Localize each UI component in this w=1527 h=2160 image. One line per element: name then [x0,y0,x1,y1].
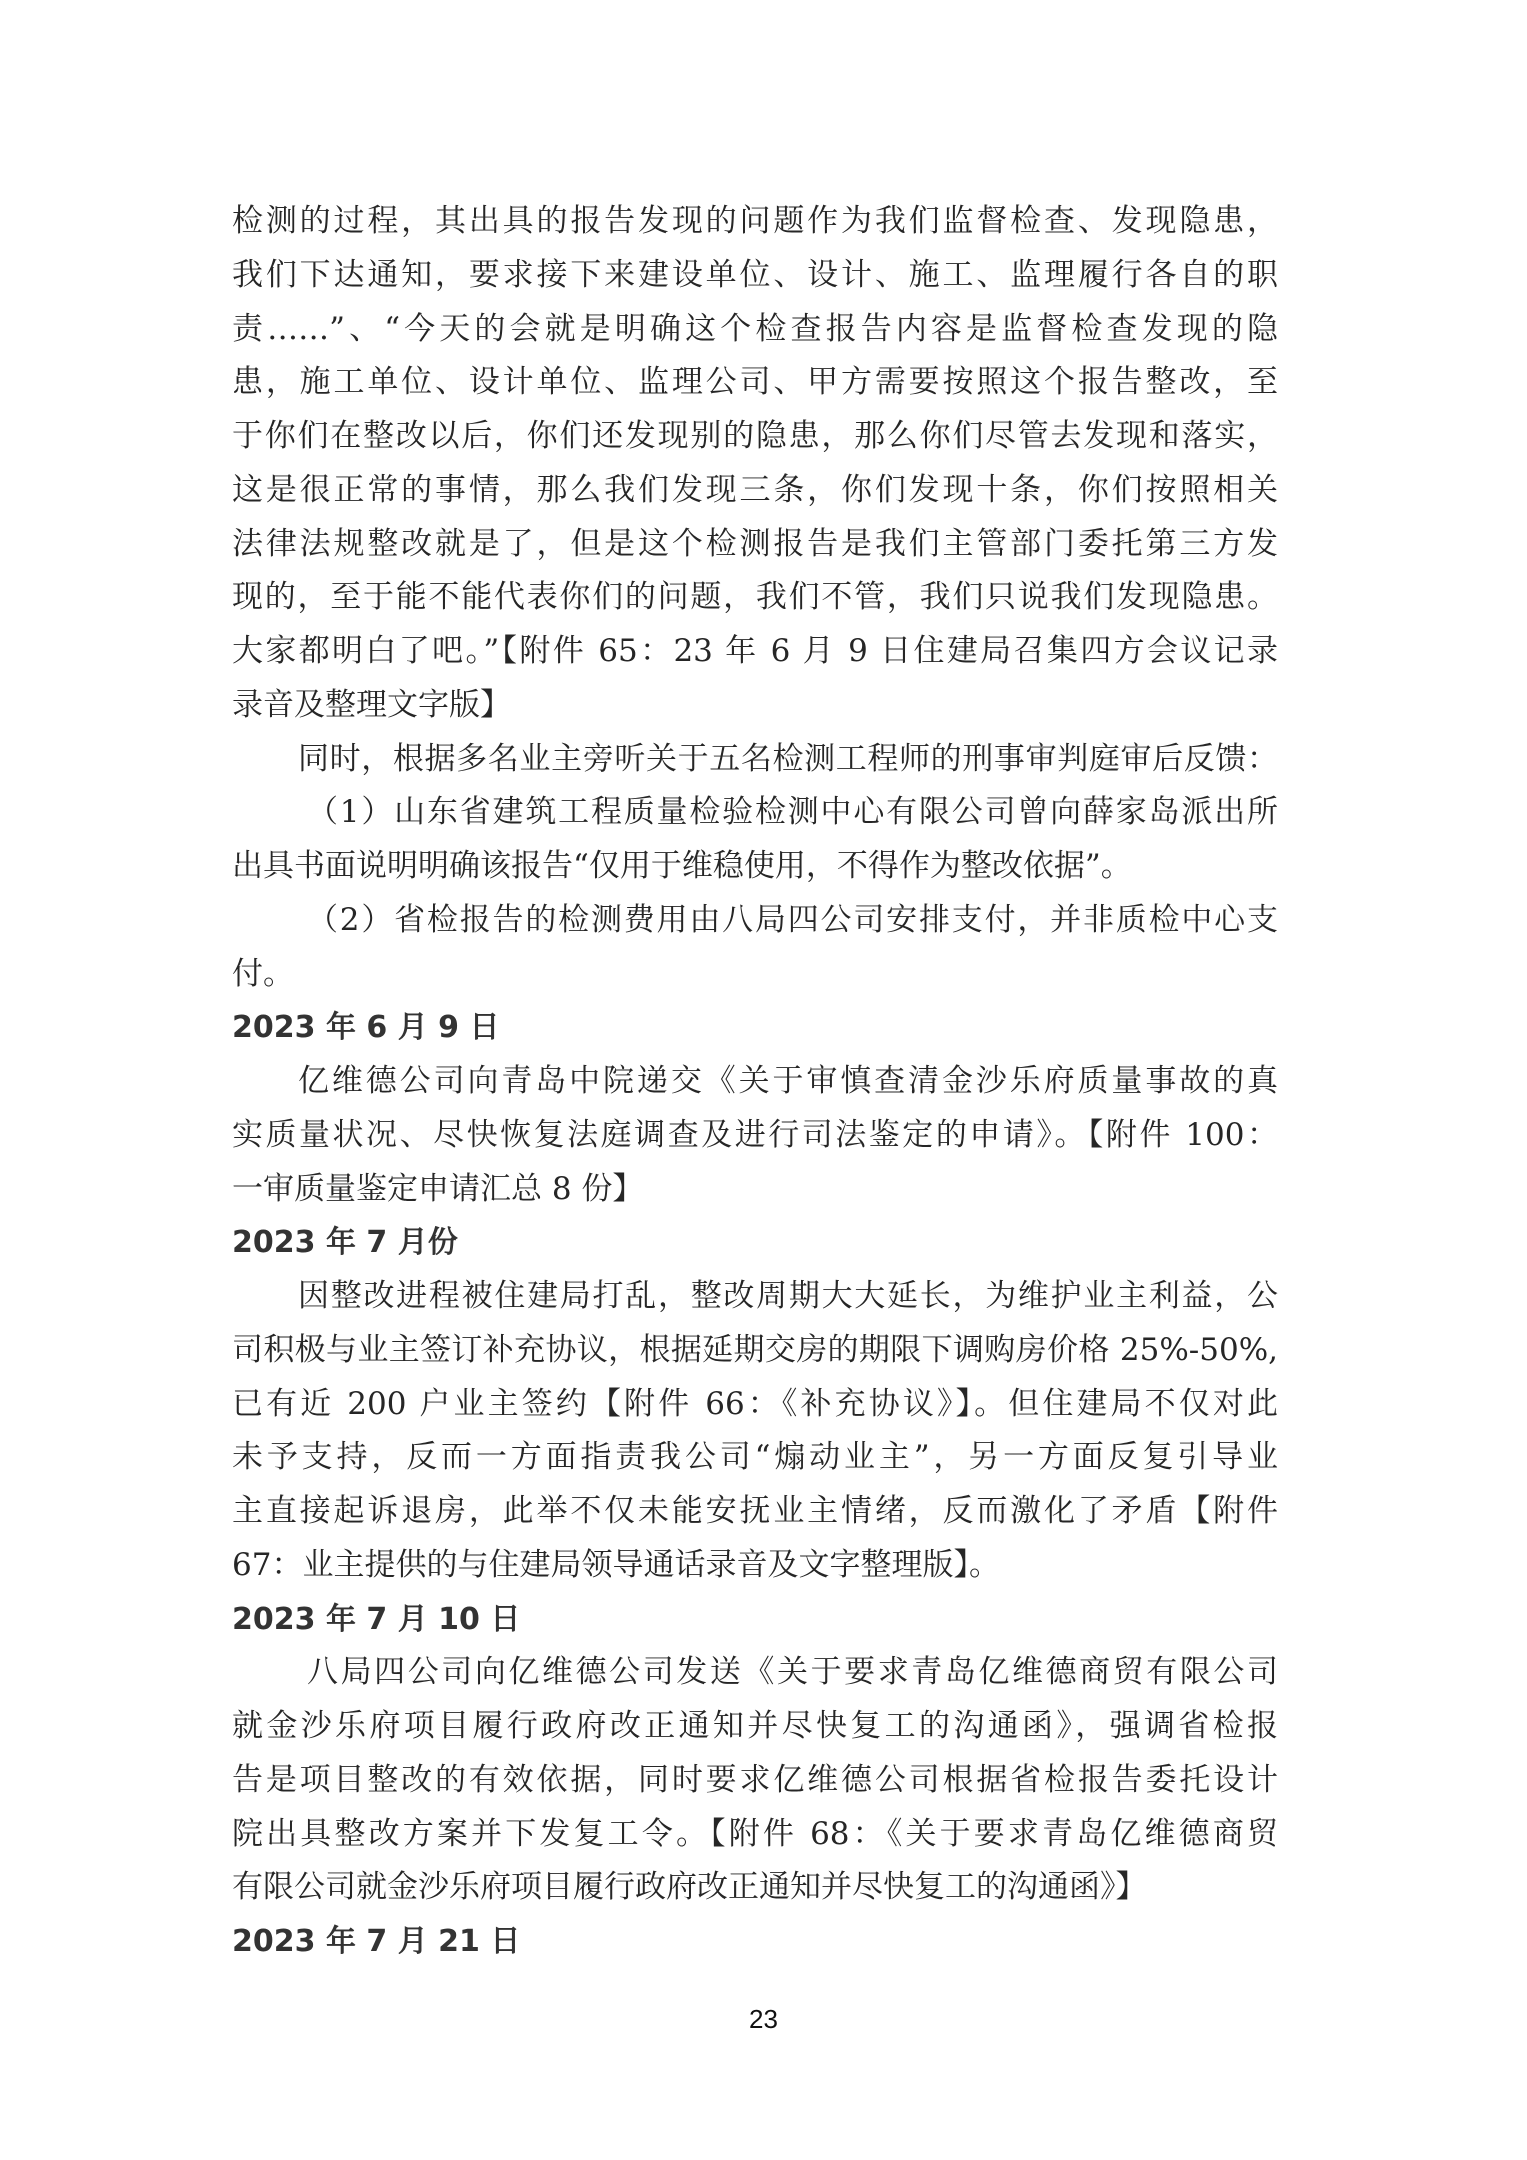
text-line: 告是项目整改的有效依据，同时要求亿维德公司根据省检报告委托设计 [232,1754,1278,1808]
paragraph-start-line: 同时，根据多名业主旁听关于五名检测工程师的刑事审判庭审后反馈： [232,733,1278,787]
list-item-1-line: （1）山东省建筑工程质量检验检测中心有限公司曾向薛家岛派出所 [232,786,1278,840]
text-line: 我们下达通知，要求接下来建设单位、设计、施工、监理履行各自的职 [232,249,1278,303]
paragraph-start-line: 因整改进程被住建局打乱，整改周期大大延长，为维护业主利益，公 [232,1270,1278,1324]
text-line: 已有近 200 户业主签约【附件 66：《补充协议》】。但住建局不仅对此 [232,1378,1278,1432]
text-line: 出具书面说明明确该报告“仅用于维稳使用，不得作为整改依据”。 [232,840,1278,894]
date-heading: 2023 年 6 月 9 日 [232,1001,1278,1055]
text-line: 实质量状况、尽快恢复法庭调查及进行司法鉴定的申请》。【附件 100： [232,1109,1278,1163]
text-line: 责……”、“今天的会就是明确这个检查报告内容是监督检查发现的隐 [232,303,1278,357]
date-heading: 2023 年 7 月 10 日 [232,1593,1278,1647]
text-line: 未予支持，反而一方面指责我公司“煽动业主”，另一方面反复引导业 [232,1431,1278,1485]
date-heading: 2023 年 7 月份 [232,1216,1278,1270]
page-number: 23 [0,2004,1527,2035]
text-line: 付。 [232,948,1278,1002]
text-line: 司积极与业主签订补充协议，根据延期交房的期限下调购房价格 25%-50%, [232,1324,1278,1378]
text-line: 主直接起诉退房，此举不仅未能安抚业主情绪，反而激化了矛盾【附件 [232,1485,1278,1539]
text-line: 录音及整理文字版】 [232,679,1278,733]
text-line: 一审质量鉴定申请汇总 8 份】 [232,1163,1278,1217]
paragraph-start-line: 八局四公司向亿维德公司发送《关于要求青岛亿维德商贸有限公司 [232,1646,1278,1700]
document-page: 检测的过程，其出具的报告发现的问题作为我们监督检查、发现隐患， 我们下达通知，要… [0,0,1527,2160]
text-line: 院出具整改方案并下发复工令。【附件 68：《关于要求青岛亿维德商贸 [232,1808,1278,1862]
text-line: 有限公司就金沙乐府项目履行政府改正通知并尽快复工的沟通函》】 [232,1861,1278,1915]
text-line: 检测的过程，其出具的报告发现的问题作为我们监督检查、发现隐患， [232,195,1278,249]
text-line: 法律法规整改就是了，但是这个检测报告是我们主管部门委托第三方发 [232,518,1278,572]
text-line: 大家都明白了吧。”【附件 65：23 年 6 月 9 日住建局召集四方会议记录 [232,625,1278,679]
text-line: 就金沙乐府项目履行政府改正通知并尽快复工的沟通函》，强调省检报 [232,1700,1278,1754]
text-line: 于你们在整改以后，你们还发现别的隐患，那么你们尽管去发现和落实， [232,410,1278,464]
text-line: 67：业主提供的与住建局领导通话录音及文字整理版】。 [232,1539,1278,1593]
list-item-2-line: （2）省检报告的检测费用由八局四公司安排支付，并非质检中心支 [232,894,1278,948]
text-line: 患，施工单位、设计单位、监理公司、甲方需要按照这个报告整改，至 [232,356,1278,410]
text-line: 这是很正常的事情，那么我们发现三条，你们发现十条，你们按照相关 [232,464,1278,518]
text-line: 现的，至于能不能代表你们的问题，我们不管，我们只说我们发现隐患。 [232,571,1278,625]
date-heading: 2023 年 7 月 21 日 [232,1915,1278,1969]
paragraph-start-line: 亿维德公司向青岛中院递交《关于审慎查清金沙乐府质量事故的真 [232,1055,1278,1109]
document-body: 检测的过程，其出具的报告发现的问题作为我们监督检查、发现隐患， 我们下达通知，要… [232,195,1278,1969]
